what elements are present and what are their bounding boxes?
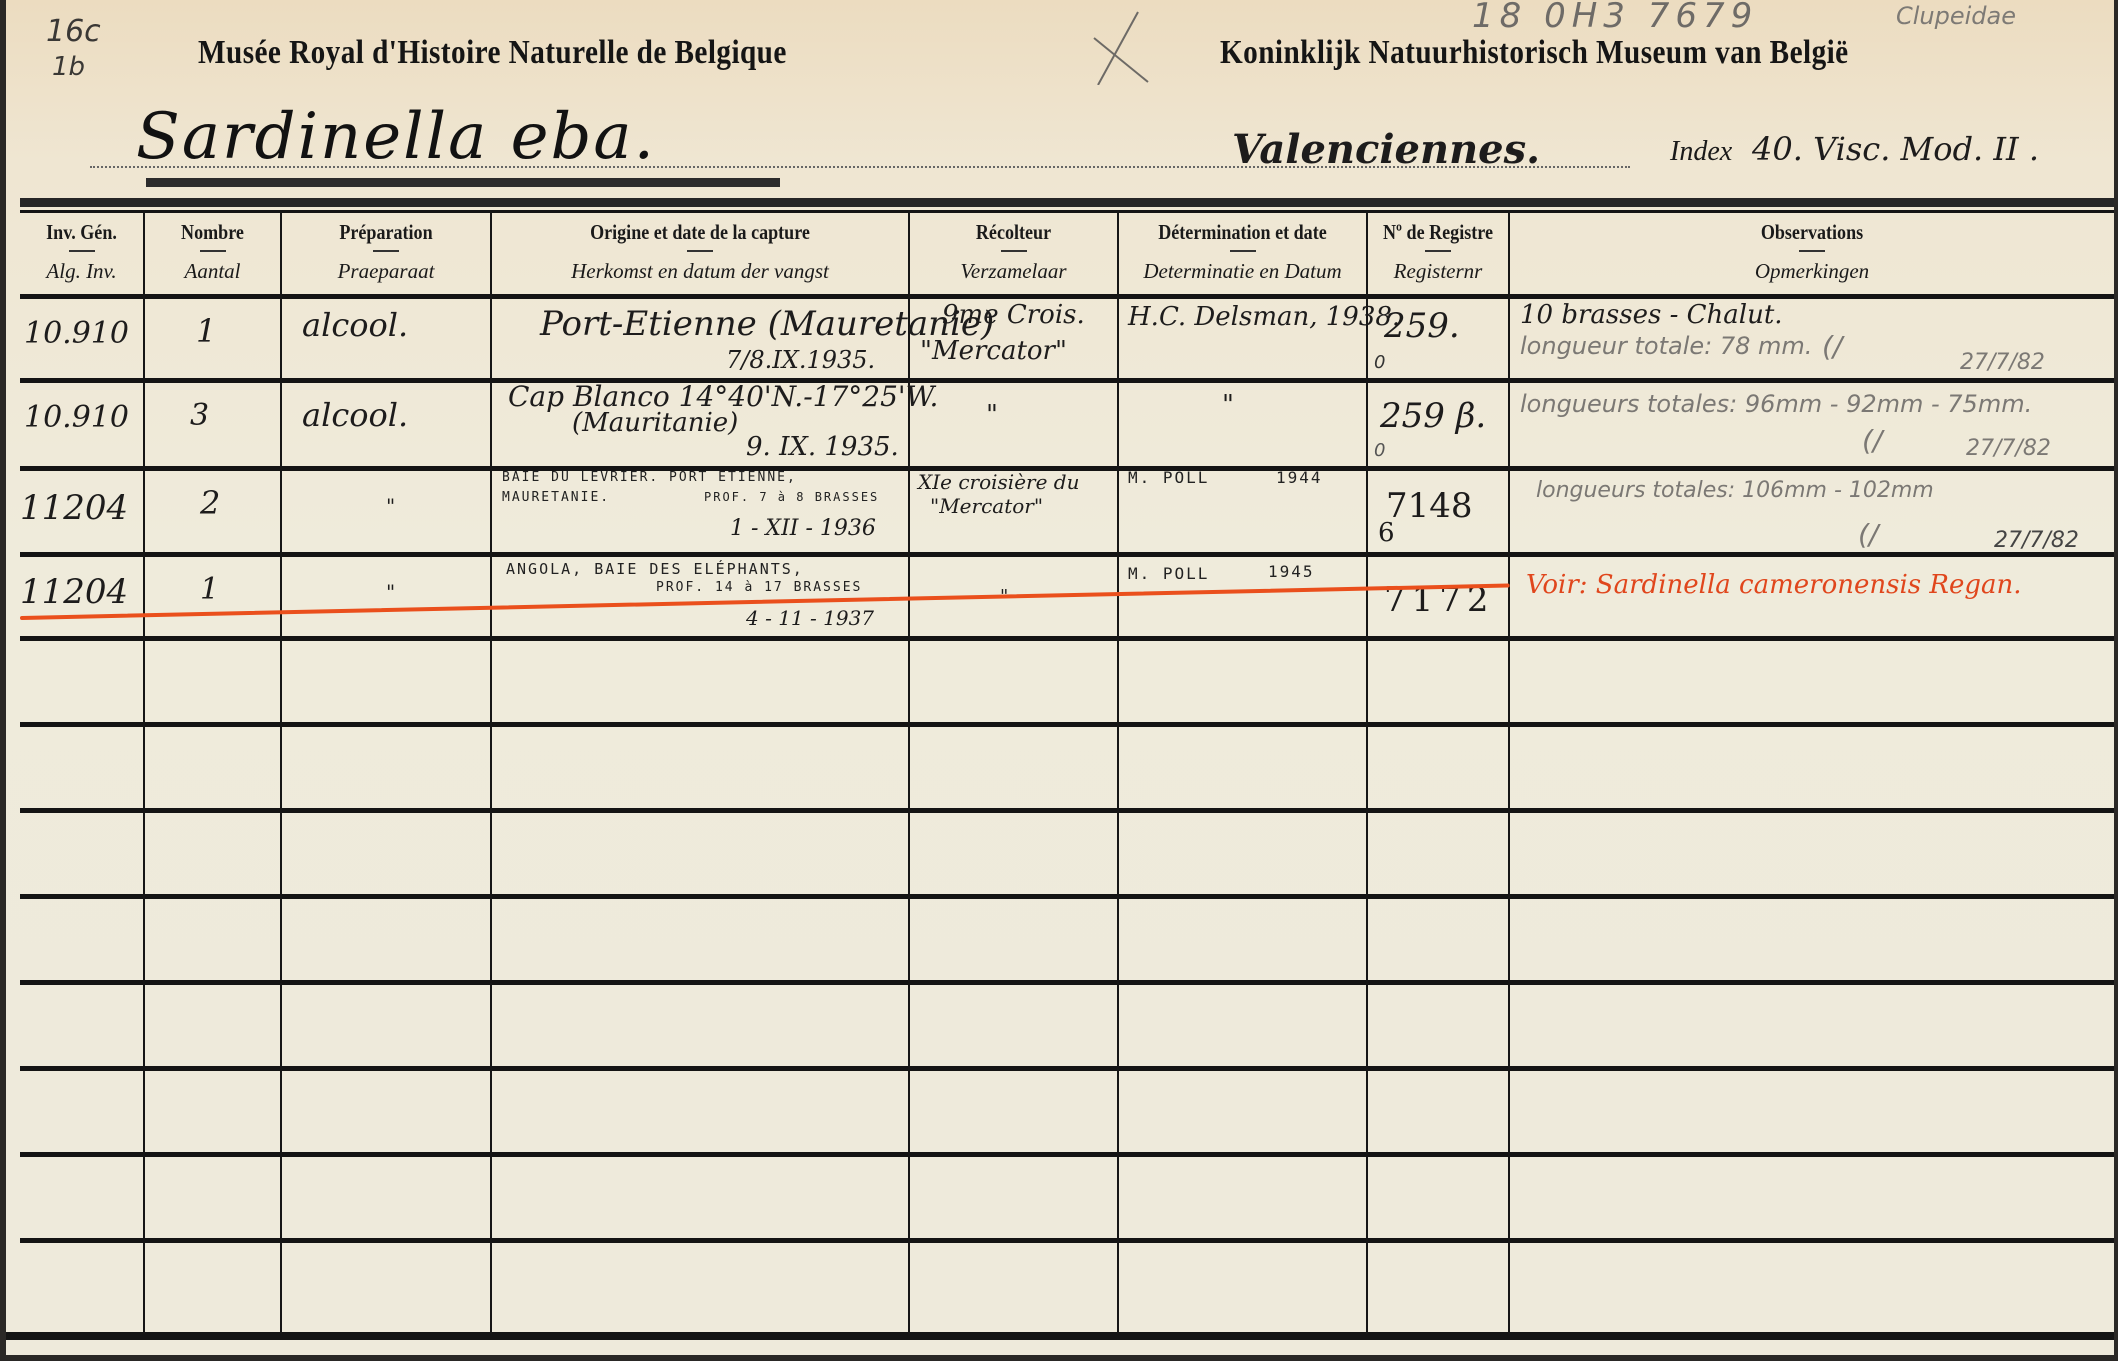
cell-origine-line1: BAIE DU LEVRIER. PORT ETIENNE,: [502, 470, 797, 485]
column-rule: [490, 210, 492, 1334]
cell-origine-line1: ANGOLA, BAIE DES ELÉPHANTS,: [506, 560, 804, 578]
cross-mark-icon: [1086, 10, 1156, 85]
cell-determination: H.C. Delsman, 1938.: [1128, 302, 1400, 332]
cell-observation-date: 27/7/82: [1960, 350, 2045, 375]
species-underline: [146, 178, 780, 187]
row-rule: [20, 636, 2114, 641]
cell-nombre: 1: [200, 572, 219, 607]
row-rule: [20, 894, 2114, 899]
cell-recolteur-line1: XIe croisière du: [918, 470, 1079, 494]
cell-observation-redirect: Voir: Sardinella cameronensis Regan.: [1526, 570, 2022, 600]
cell-origine-date: 4 - 11 - 1937: [746, 606, 874, 630]
catalog-number: 18 0H3 7679: [1472, 0, 1758, 36]
header-bottom-rule: [20, 294, 2114, 299]
row-rule: [20, 552, 2114, 557]
table-top-rule-thin: [20, 210, 2114, 213]
cell-recolteur-ditto: ": [986, 400, 998, 430]
cell-origine-date: 7/8.IX.1935.: [726, 346, 875, 374]
cell-inv: 11204: [20, 488, 128, 528]
cell-observation-initials: (/: [1858, 518, 1878, 551]
cell-origine-depth: PROF. 14 à 17 BRASSES: [656, 580, 862, 595]
cell-origine-depth: PROF. 7 à 8 BRASSES: [704, 490, 879, 504]
column-header-recolteur: RécolteurVerzamelaar: [910, 220, 1117, 284]
cell-origine-line2: (Mauritanie): [572, 408, 738, 438]
cell-registre-mark: 0: [1374, 352, 1385, 373]
column-header-inv: Inv. Gén.Alg. Inv.: [20, 220, 143, 284]
cell-observation-date: 27/7/82: [1966, 436, 2051, 461]
column-header-origine: Origine et date de la captureHerkomst en…: [492, 220, 908, 284]
cell-inv: 10.910: [24, 400, 129, 435]
cell-determination: M. POLL: [1128, 564, 1209, 583]
index-value: 40. Visc. Mod. II .: [1752, 130, 2039, 168]
cell-registre: 259.: [1384, 306, 1460, 346]
cell-nombre: 2: [200, 484, 220, 522]
column-rule: [1117, 210, 1119, 1334]
cell-recolteur-line2: "Mercator": [930, 494, 1043, 518]
column-rule: [1508, 210, 1510, 1334]
column-header-observations: ObservationsOpmerkingen: [1510, 220, 2114, 284]
catalog-card: 16c 1b 18 0H3 7679 Clupeidae Musée Royal…: [6, 0, 2114, 1355]
cell-inv: 11204: [20, 572, 128, 612]
cell-registre-mark: 6: [1378, 518, 1395, 548]
cell-determination: M. POLL: [1128, 468, 1209, 487]
row-rule: [20, 722, 2114, 727]
column-rule: [280, 210, 282, 1334]
cell-recolteur-line1: 9me Crois.: [942, 300, 1085, 330]
column-rule: [143, 210, 145, 1334]
cell-observation-line1: longueurs totales: 96mm - 92mm - 75mm.: [1520, 390, 2032, 418]
cell-observation-date: 27/7/82: [1994, 528, 2079, 553]
row-rule: [20, 1152, 2114, 1157]
index-label: Index: [1670, 136, 1732, 168]
table-top-rule: [20, 198, 2114, 207]
table-bottom-rule: [6, 1332, 2114, 1340]
column-header-registre: Nº de RegistreRegisternr: [1368, 220, 1508, 284]
species-name: Sardinella eba.: [136, 100, 656, 174]
corner-note-bottom: 1b: [52, 52, 85, 82]
cell-registre-mark: 0: [1374, 440, 1385, 461]
cell-preparation: alcool.: [302, 396, 408, 434]
cell-origine-line2: MAURETANIE.: [502, 490, 610, 505]
cell-preparation-ditto: ": [386, 494, 395, 518]
cell-observation-initials: (/: [1822, 330, 1842, 363]
cell-registre: 259 β.: [1380, 396, 1486, 436]
cell-observation-initials: (/: [1862, 424, 1882, 457]
row-rule: [20, 980, 2114, 985]
row-rule: [20, 378, 2114, 383]
cell-registre: 7148: [1386, 486, 1473, 526]
cell-observation-line1: 10 brasses - Chalut.: [1520, 300, 1783, 330]
cell-nombre: 3: [190, 398, 209, 433]
column-rule: [908, 210, 910, 1334]
cell-origine-date: 1 - XII - 1936: [730, 516, 876, 541]
cell-inv: 10.910: [24, 316, 129, 351]
cell-observation-line1: longueurs totales: 106mm - 102mm: [1536, 478, 1934, 503]
cell-origine-date: 9. IX. 1935.: [746, 432, 899, 462]
cell-observation-line2: longueur totale: 78 mm.: [1520, 332, 1812, 360]
corner-note-top: 16c: [46, 14, 101, 49]
cell-determination-year: 1944: [1276, 468, 1323, 487]
cell-determination-year: 1945: [1268, 562, 1315, 581]
cell-determination-ditto: ": [1222, 390, 1234, 420]
column-rule: [1366, 210, 1368, 1334]
cell-preparation: alcool.: [302, 306, 408, 344]
species-author: Valenciennes.: [1232, 126, 1540, 173]
family-note: Clupeidae: [1896, 2, 2016, 30]
row-rule: [20, 808, 2114, 813]
column-header-preparation: PréparationPraeparaat: [282, 220, 490, 284]
institution-name-fr: Musée Royal d'Histoire Naturelle de Belg…: [198, 34, 787, 72]
row-rule: [20, 1238, 2114, 1243]
row-rule: [20, 1066, 2114, 1071]
column-header-determination: Détermination et dateDeterminatie en Dat…: [1119, 220, 1366, 284]
column-header-nombre: NombreAantal: [145, 220, 280, 284]
cell-nombre: 1: [196, 312, 216, 350]
cell-preparation-ditto: ": [386, 580, 395, 604]
institution-name-nl: Koninklijk Natuurhistorisch Museum van B…: [1220, 34, 1849, 72]
cell-recolteur-line2: "Mercator": [920, 336, 1067, 366]
